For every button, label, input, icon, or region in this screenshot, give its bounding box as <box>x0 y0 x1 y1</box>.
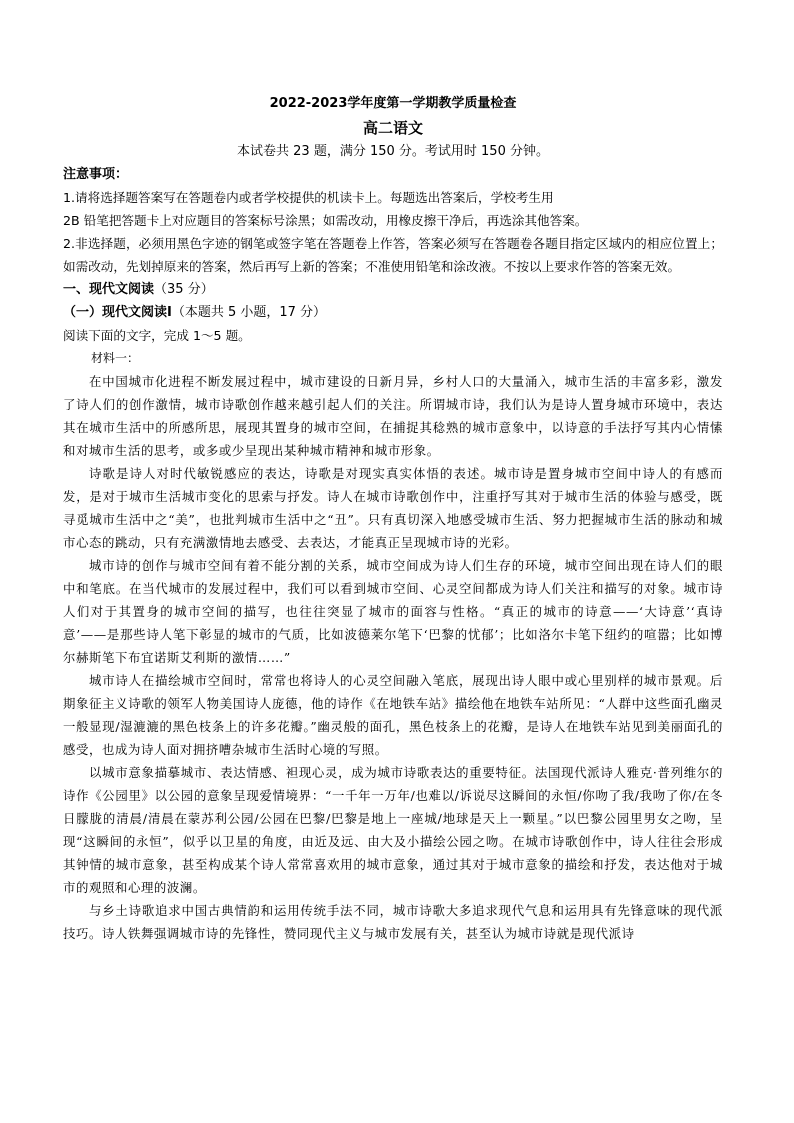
paragraph: 在中国城市化进程不断发展过程中，城市建设的日新月异，乡村人口的大量涌入，城市生活… <box>63 370 723 462</box>
material-label: 材料一： <box>63 347 723 370</box>
notice-item-2: 2.非选择题，必须用黑色字迹的钢笔或签字笔在答题卷上作答，答案必须写在答题卷各题… <box>63 232 723 278</box>
section-title: 一、现代文阅读 <box>63 282 154 297</box>
exam-title: 2022-2023学年度第一学期教学质量检查 <box>63 92 723 116</box>
subsection-title: （一）现代文阅读Ⅰ <box>63 305 172 320</box>
exam-page: 2022-2023学年度第一学期教学质量检查 高二语文 本试卷共 23 题，满分… <box>63 92 723 945</box>
notice-heading: 注意事项： <box>63 163 723 186</box>
section-score: （35 分） <box>154 282 214 297</box>
paragraph: 诗歌是诗人对时代敏锐感应的表达，诗歌是对现实真实体悟的表述。城市诗是置身城市空间… <box>63 462 723 554</box>
exam-subject: 高二语文 <box>63 116 723 140</box>
paragraph: 城市诗人在描绘城市空间时，常常也将诗人的心灵空间融入笔底，展现出诗人眼中或心里别… <box>63 669 723 761</box>
paragraph: 城市诗的创作与城市空间有着不能分割的关系，城市空间成为诗人们生存的环境，城市空间… <box>63 554 723 669</box>
notice-item-1-cont: 2B 铅笔把答题卡上对应题目的答案标号涂黑；如需改动，用橡皮擦干净后，再选涂其他… <box>63 209 723 232</box>
paragraph: 以城市意象描摹城市、表达情感、袒现心灵，成为城市诗歌表达的重要特征。法国现代派诗… <box>63 761 723 899</box>
paragraph: 与乡土诗歌追求中国古典情韵和运用传统手法不同，城市诗歌大多追求现代气息和运用具有… <box>63 899 723 945</box>
section-heading: 一、现代文阅读（35 分） <box>63 278 723 301</box>
notice-item-1: 1.请将选择题答案写在答题卷内或者学校提供的机读卡上。每题选出答案后，学校考生用 <box>63 186 723 209</box>
subsection-heading: （一）现代文阅读Ⅰ（本题共 5 小题，17 分） <box>63 301 723 324</box>
exam-info: 本试卷共 23 题，满分 150 分。考试用时 150 分钟。 <box>63 140 723 163</box>
reading-instruction: 阅读下面的文字，完成 1～5 题。 <box>63 324 723 347</box>
subsection-score: （本题共 5 小题，17 分） <box>172 305 326 320</box>
